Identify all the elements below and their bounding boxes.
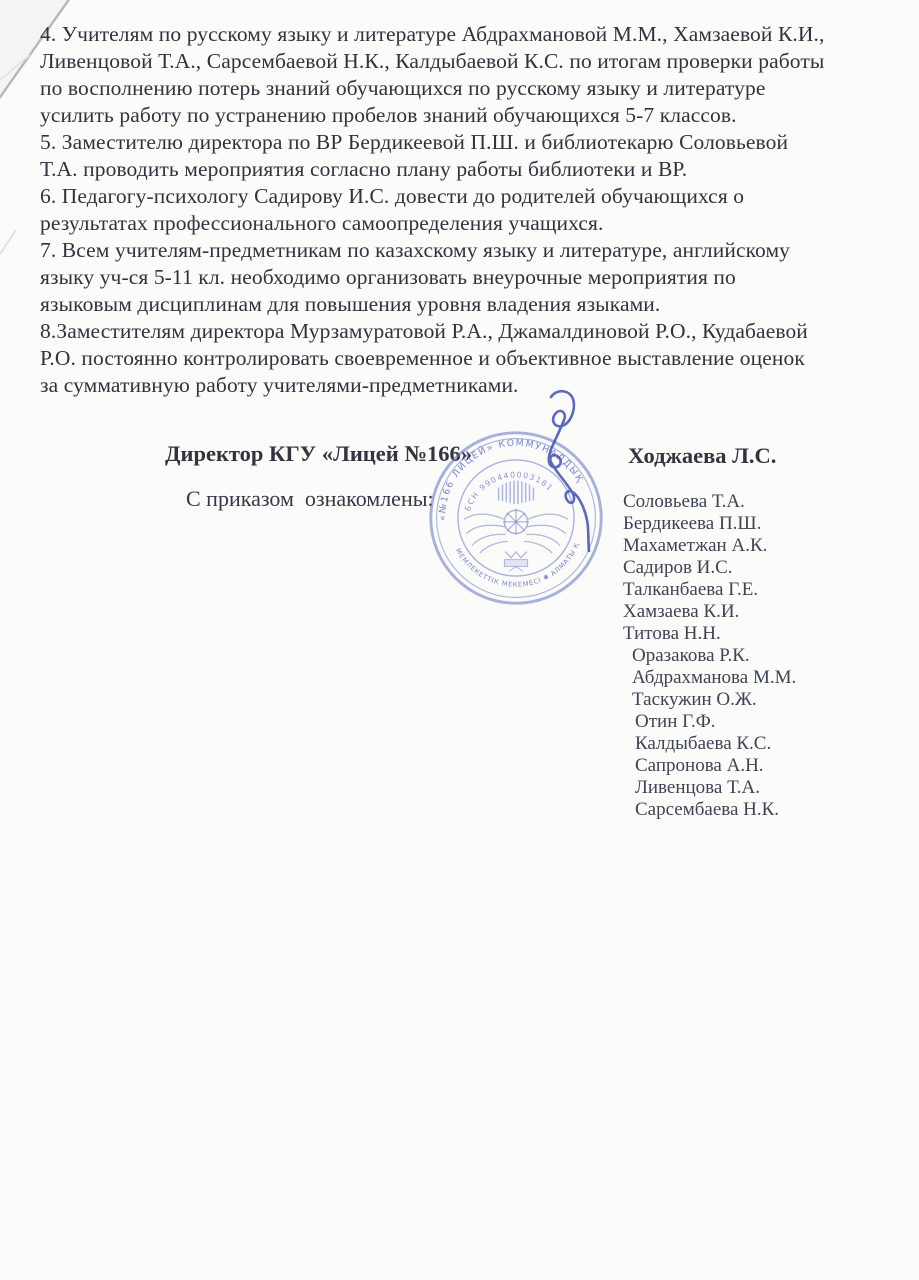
acknowledged-label: С приказом ознакомлены:: [186, 486, 434, 512]
text-line: Т.А. проводить мероприятия согласно план…: [40, 156, 824, 183]
director-title: Директор КГУ «Лицей №166»: [165, 441, 472, 467]
text-line: усилить работу по устранению пробелов зн…: [40, 102, 824, 129]
order-paragraph: 6. Педагогу-психологу Садирову И.С. дове…: [40, 183, 824, 237]
text-line: 7. Всем учителям-предметникам по казахск…: [40, 237, 824, 264]
acknowledged-name: Титова Н.Н.: [623, 623, 796, 645]
acknowledged-name: Оразакова Р.К.: [623, 645, 796, 667]
director-signature: [525, 380, 605, 565]
text-line: Ливенцовой Т.А., Сарсембаевой Н.К., Калд…: [40, 48, 824, 75]
order-paragraph: 8.Заместителям директора Мурзамуратовой …: [40, 318, 824, 399]
acknowledged-name: Махаметжан А.К.: [623, 535, 796, 557]
text-line: Р.О. постоянно контролировать своевремен…: [40, 345, 824, 372]
acknowledged-name: Соловьева Т.А.: [623, 491, 796, 513]
svg-text:БСН 990440003181: БСН 990440003181: [463, 470, 555, 512]
text-line: языку уч-ся 5-11 кл. необходимо организо…: [40, 264, 824, 291]
stamp-bin-text: БСН 990440003181: [463, 470, 555, 512]
stamp-emblem-icon: [465, 481, 568, 571]
order-paragraphs: 4. Учителям по русскому языку и литерату…: [40, 21, 824, 399]
text-line: 8.Заместителям директора Мурзамуратовой …: [40, 318, 824, 345]
text-line: результатах профессионального самоопреде…: [40, 210, 824, 237]
document-page: 4. Учителям по русскому языку и литерату…: [0, 0, 919, 1280]
acknowledged-name: Отин Г.Ф.: [623, 711, 796, 733]
text-line: по восполнению потерь знаний обучающихся…: [40, 75, 824, 102]
text-line: за суммативную работу учителями-предметн…: [40, 372, 824, 399]
order-paragraph: 4. Учителям по русскому языку и литерату…: [40, 21, 824, 129]
acknowledged-name: Сарсембаева Н.К.: [623, 799, 796, 821]
text-line: 4. Учителям по русскому языку и литерату…: [40, 21, 824, 48]
text-line: 6. Педагогу-психологу Садирову И.С. дове…: [40, 183, 824, 210]
acknowledged-name: Абдрахманова М.М.: [623, 667, 796, 689]
order-paragraph: 5. Заместителю директора по ВР Бердикеев…: [40, 129, 824, 183]
text-line: 5. Заместителю директора по ВР Бердикеев…: [40, 129, 824, 156]
acknowledged-name: Бердикеева П.Ш.: [623, 513, 796, 535]
acknowledged-name: Калдыбаева К.С.: [623, 733, 796, 755]
acknowledged-names: Соловьева Т.А.Бердикеева П.Ш.Махаметжан …: [623, 491, 796, 821]
acknowledged-name: Хамзаева К.И.: [623, 601, 796, 623]
acknowledged-name: Садиров И.С.: [623, 557, 796, 579]
acknowledged-name: Сапронова А.Н.: [623, 755, 796, 777]
director-name: Ходжаева Л.С.: [628, 443, 776, 469]
text-line: языковым дисциплинам для повышения уровн…: [40, 291, 824, 318]
acknowledged-name: Ливенцова Т.А.: [623, 777, 796, 799]
acknowledged-name: Талканбаева Г.Е.: [623, 579, 796, 601]
order-paragraph: 7. Всем учителям-предметникам по казахск…: [40, 237, 824, 318]
acknowledged-name: Таскужин О.Ж.: [623, 689, 796, 711]
